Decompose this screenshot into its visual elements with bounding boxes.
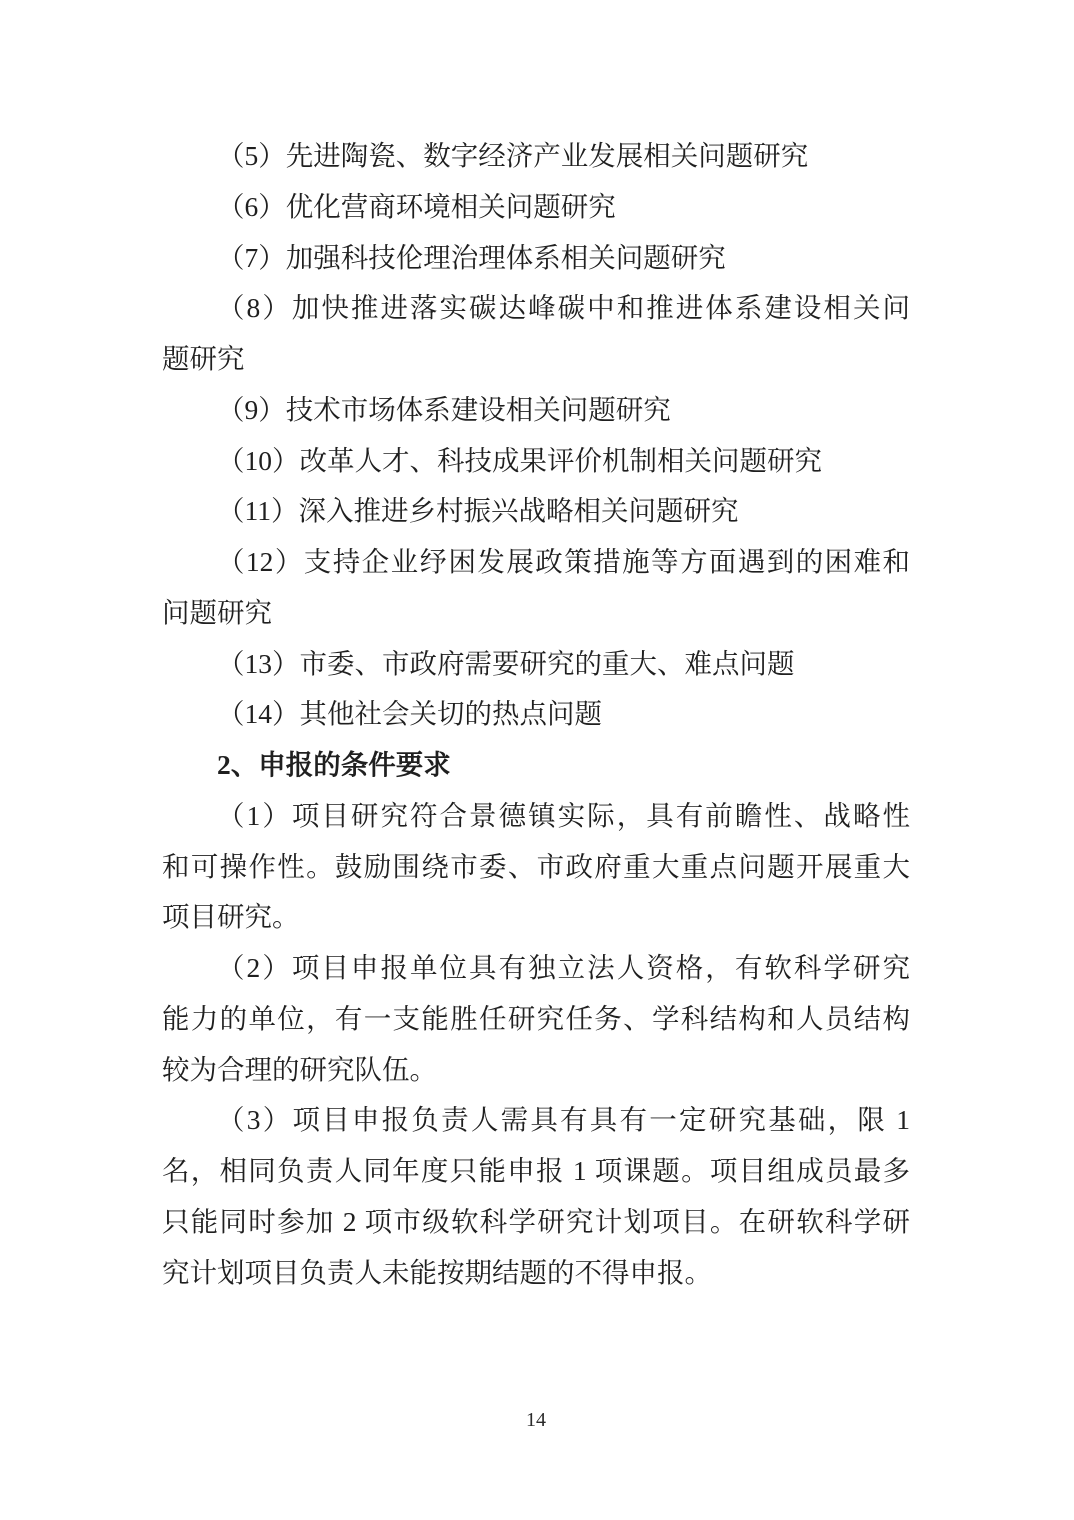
condition-3-line-3: 只能同时参加 2 项市级软科学研究计划项目。在研软科学研	[162, 1197, 910, 1248]
document-body: （5）先进陶瓷、数字经济产业发展相关问题研究 （6）优化营商环境相关问题研究 （…	[0, 0, 1074, 1432]
list-item-12-line-2: 问题研究	[162, 588, 910, 639]
list-item-14: （14）其他社会关切的热点问题	[162, 689, 910, 740]
list-item-5: （5）先进陶瓷、数字经济产业发展相关问题研究	[162, 131, 910, 182]
list-item-6: （6）优化营商环境相关问题研究	[162, 182, 910, 233]
list-item-7: （7）加强科技伦理治理体系相关问题研究	[162, 233, 910, 284]
list-item-9: （9）技术市场体系建设相关问题研究	[162, 385, 910, 436]
document-page: （5）先进陶瓷、数字经济产业发展相关问题研究 （6）优化营商环境相关问题研究 （…	[0, 0, 1074, 1520]
condition-2-line-2: 能力的单位，有一支能胜任研究任务、学科结构和人员结构	[162, 994, 910, 1045]
condition-1-line-3: 项目研究。	[162, 892, 910, 943]
condition-3-line-4: 究计划项目负责人未能按期结题的不得申报。	[162, 1248, 910, 1299]
condition-2-line-1: （2）项目申报单位具有独立法人资格，有软科学研究	[162, 943, 910, 994]
condition-1-line-1: （1）项目研究符合景德镇实际，具有前瞻性、战略性	[162, 791, 910, 842]
page-footer: 14	[162, 1408, 910, 1432]
list-item-8-line-1: （8）加快推进落实碳达峰碳中和推进体系建设相关问	[162, 283, 910, 334]
page-number: 14	[526, 1408, 546, 1432]
list-item-10: （10）改革人才、科技成果评价机制相关问题研究	[162, 436, 910, 487]
list-item-13: （13）市委、市政府需要研究的重大、难点问题	[162, 639, 910, 690]
condition-1-line-2: 和可操作性。鼓励围绕市委、市政府重大重点问题开展重大	[162, 842, 910, 893]
list-item-11: （11）深入推进乡村振兴战略相关问题研究	[162, 486, 910, 537]
condition-3-line-1: （3）项目申报负责人需具有具有一定研究基础，限 1	[162, 1095, 910, 1146]
section-heading: 2、申报的条件要求	[162, 740, 910, 791]
list-item-8-line-2: 题研究	[162, 334, 910, 385]
list-item-12-line-1: （12）支持企业纾困发展政策措施等方面遇到的困难和	[162, 537, 910, 588]
condition-2-line-3: 较为合理的研究队伍。	[162, 1045, 910, 1096]
condition-3-line-2: 名，相同负责人同年度只能申报 1 项课题。项目组成员最多	[162, 1146, 910, 1197]
